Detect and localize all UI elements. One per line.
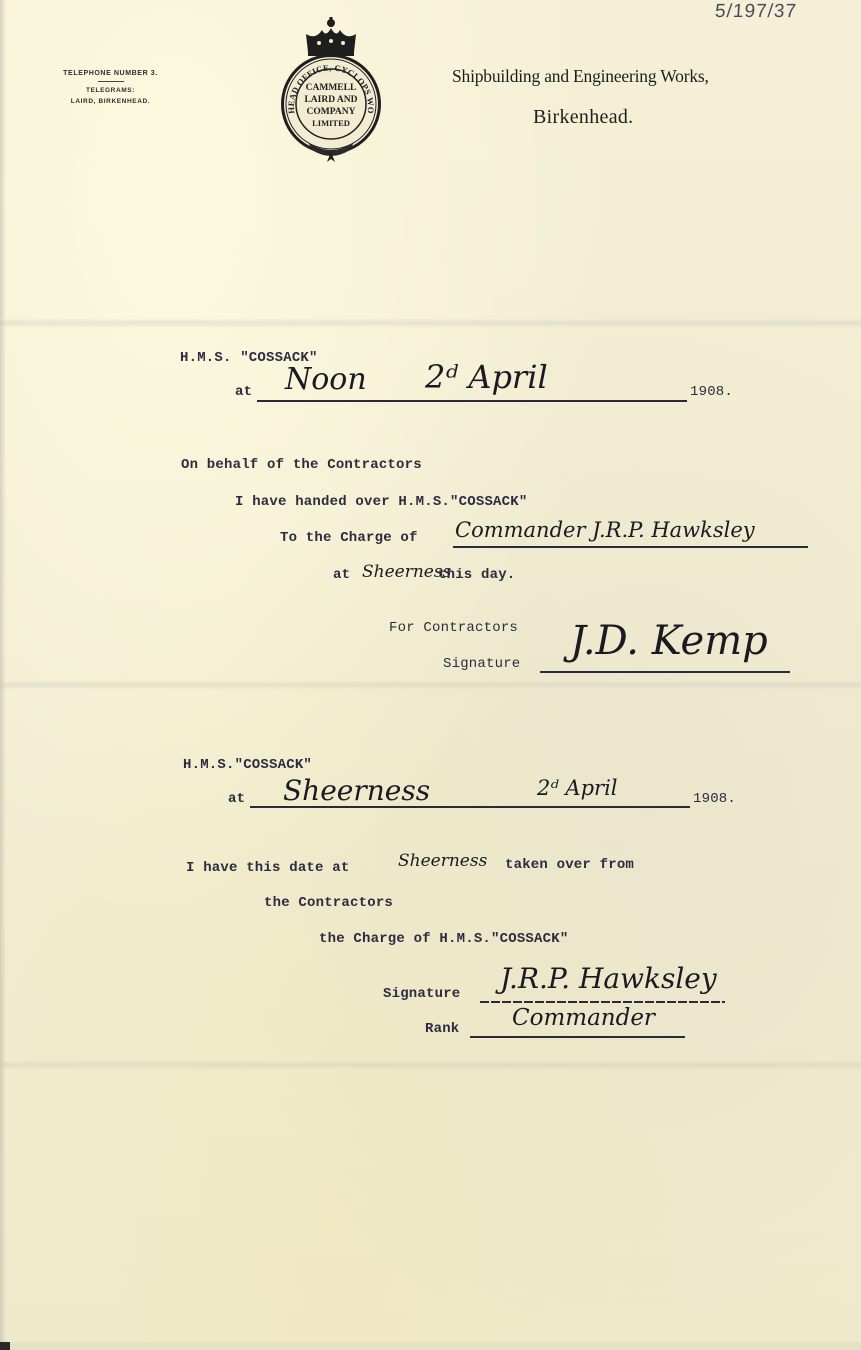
works-title: Shipbuilding and Engineering Works, <box>452 66 709 87</box>
navy-signature-label: Signature <box>383 986 460 1002</box>
handover-at: at <box>333 567 350 583</box>
paper-fold <box>0 1060 861 1070</box>
handover-line1: On behalf of the Contractors <box>181 457 422 473</box>
rank-line <box>470 1036 685 1038</box>
handover-at-label: at <box>235 384 252 400</box>
letterhead-contact: Telephone Number 3. Telegrams: Laird, Bi… <box>48 68 173 107</box>
handover-charge-line <box>453 546 808 548</box>
takeover-place-handwritten: Sheerness <box>283 774 430 807</box>
takeover-line2: the Contractors <box>264 895 393 911</box>
company-seal-logo: HEAD OFFICE, CYCLOPS WORKS, SHEFFIELD. C… <box>278 16 384 166</box>
takeover-line1-suffix: taken over from <box>505 857 634 873</box>
handover-charge-handwritten: Commander J.R.P. Hawksley <box>455 518 755 542</box>
handover-year: 1908. <box>690 384 733 400</box>
rank-label: Rank <box>425 1021 459 1037</box>
seal-line: LIMITED <box>312 118 350 128</box>
telephone-number: Telephone Number 3. <box>48 68 173 79</box>
takeover-line1-place-handwritten: Sheerness <box>398 851 487 871</box>
takeover-date-handwritten: 2ᵈ April <box>537 776 618 800</box>
telegrams-address: Laird, Birkenhead. <box>48 96 173 107</box>
for-contractors-label: For Contractors <box>389 620 518 636</box>
handover-date-line <box>257 400 687 402</box>
town-name: Birkenhead. <box>533 106 634 129</box>
telegrams-label: Telegrams: <box>48 85 173 96</box>
seal-line: COMPANY <box>307 107 356 117</box>
paper-left-edge <box>0 0 6 1350</box>
takeover-at-label: at <box>228 791 245 807</box>
paper-fold <box>0 680 861 690</box>
crown-seal-icon: HEAD OFFICE, CYCLOPS WORKS, SHEFFIELD. C… <box>278 16 384 166</box>
archive-reference: 5/197/37 <box>714 1 798 23</box>
seal-line: CAMMELL <box>306 83 357 93</box>
handover-charge-label: To the Charge of <box>280 530 418 546</box>
takeover-ship: H.M.S."COSSACK" <box>183 757 312 773</box>
paper-fold <box>0 318 861 328</box>
handover-this-day: this day. <box>438 567 515 583</box>
navy-signature-handwritten: J.R.P. Hawksley <box>500 962 717 995</box>
handover-line2: I have handed over H.M.S."COSSACK" <box>235 494 527 510</box>
contractor-signature-line <box>540 671 790 673</box>
seal-line: LAIRD AND <box>304 95 357 105</box>
rank-handwritten: Commander <box>512 1005 655 1031</box>
contractor-signature-handwritten: J.D. Kemp <box>570 618 768 664</box>
handover-time-handwritten: Noon <box>285 362 367 397</box>
navy-signature-line <box>480 1001 725 1003</box>
divider <box>98 81 124 82</box>
contractor-signature-label: Signature <box>443 656 520 672</box>
handover-date-handwritten: 2ᵈ April <box>425 358 548 396</box>
scan-bottom-edge <box>0 1342 861 1350</box>
takeover-year: 1908. <box>693 791 736 807</box>
takeover-line1-prefix: I have this date at <box>186 860 349 876</box>
takeover-line3: the Charge of H.M.S."COSSACK" <box>319 931 568 947</box>
